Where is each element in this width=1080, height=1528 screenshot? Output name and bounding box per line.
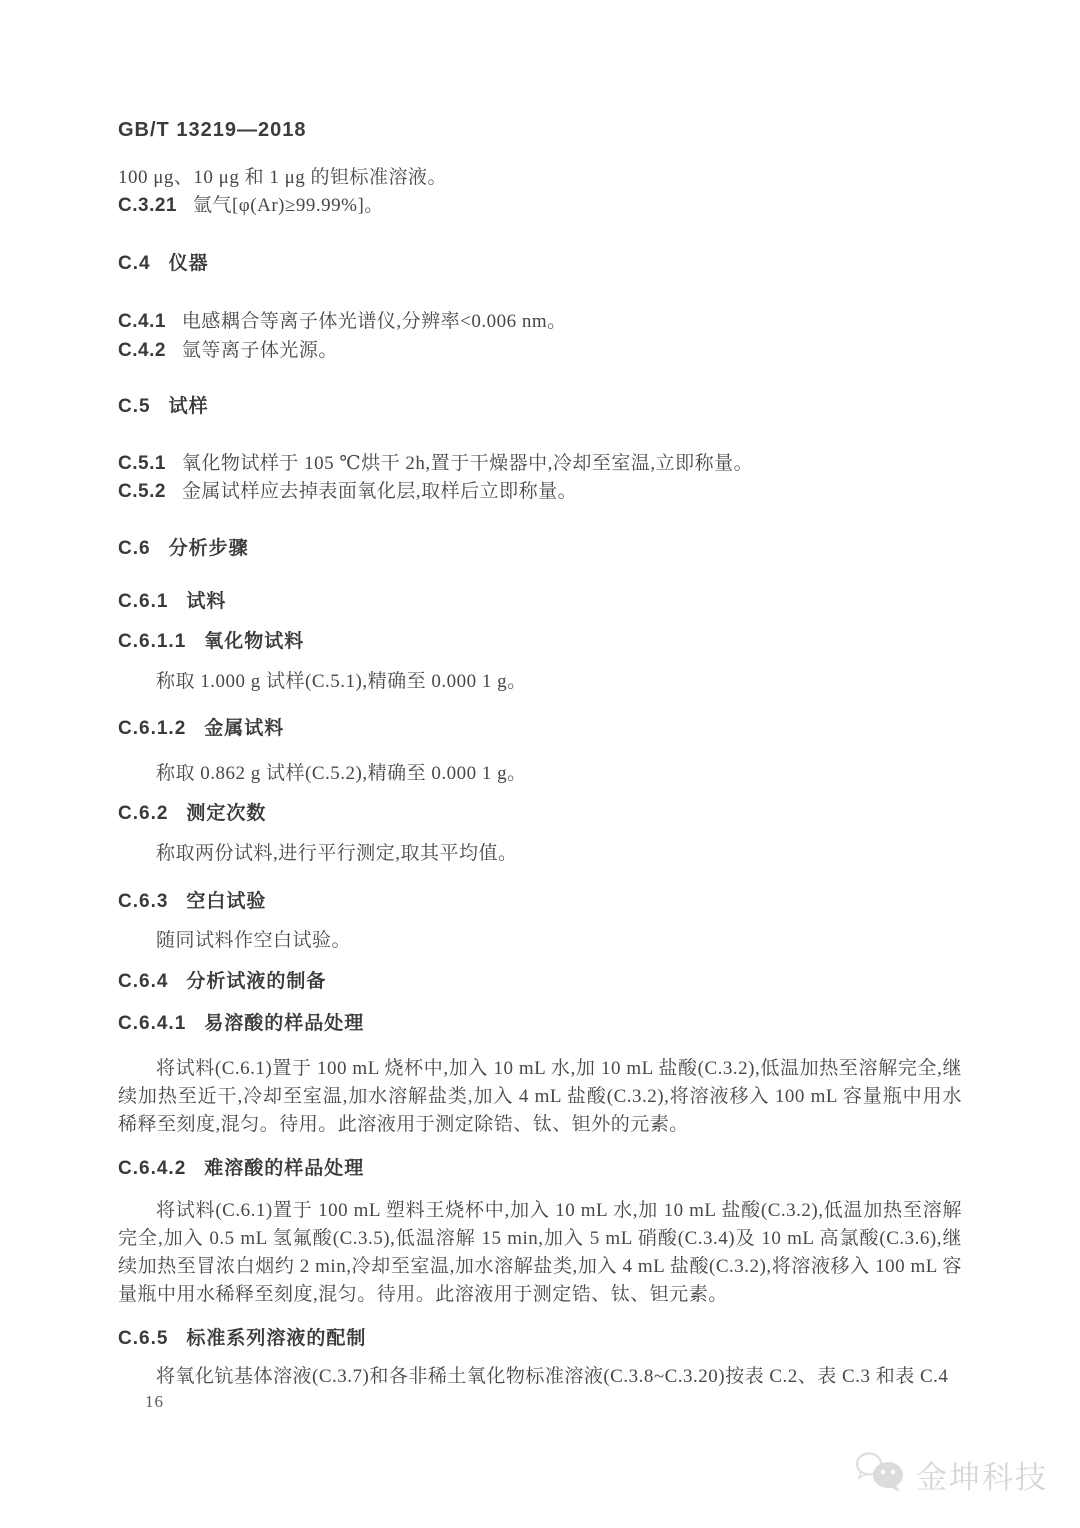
section-heading-c6-1-2: C.6.1.2金属试料 <box>118 715 962 743</box>
clause-c3-21: C.3.21氩气[φ(Ar)≥99.99%]。 <box>118 192 962 220</box>
heading-number: C.6 <box>118 538 151 559</box>
paragraph: 称取 1.000 g 试样(C.5.1),精确至 0.000 1 g。 <box>118 668 962 696</box>
clause-text: 电感耦合等离子体光谱仪,分辨率<0.006 nm。 <box>182 311 567 332</box>
heading-number: C.6.1 <box>118 591 168 612</box>
document-content: GB/T 13219—2018 100 μg、10 μg 和 1 μg 的钽标准… <box>0 0 1080 1391</box>
clause-text: 氧化物试样于 105 ℃烘干 2h,置于干燥器中,冷却至室温,立即称量。 <box>182 453 753 474</box>
heading-title: 氧化物试料 <box>204 631 304 652</box>
section-heading-c6-4-2: C.6.4.2难溶酸的样品处理 <box>118 1155 962 1183</box>
section-heading-c6-1: C.6.1试料 <box>118 588 962 616</box>
paragraph: 称取 0.862 g 试样(C.5.2),精确至 0.000 1 g。 <box>118 760 962 788</box>
paragraph: 将试料(C.6.1)置于 100 mL 塑料王烧杯中,加入 10 mL 水,加 … <box>118 1197 962 1309</box>
continuation-line: 100 μg、10 μg 和 1 μg 的钽标准溶液。 <box>118 164 962 192</box>
section-heading-c6: C.6分析步骤 <box>118 535 962 563</box>
paragraph: 将试料(C.6.1)置于 100 mL 烧杯中,加入 10 mL 水,加 10 … <box>118 1055 962 1139</box>
section-heading-c6-4: C.6.4分析试液的制备 <box>118 968 962 996</box>
heading-number: C.6.2 <box>118 803 168 824</box>
heading-number: C.4 <box>118 253 151 274</box>
section-heading-c4: C.4仪器 <box>118 250 962 278</box>
document-page: GB/T 13219—2018 100 μg、10 μg 和 1 μg 的钽标准… <box>0 0 1080 1528</box>
clause-number: C.4.1 <box>118 311 166 332</box>
section-heading-c6-5: C.6.5标准系列溶液的配制 <box>118 1325 962 1353</box>
heading-title: 试样 <box>169 396 209 417</box>
clause-number: C.3.21 <box>118 195 177 216</box>
heading-number: C.6.1.1 <box>118 631 186 652</box>
section-heading-c5: C.5试样 <box>118 393 962 421</box>
heading-number: C.6.3 <box>118 891 168 912</box>
heading-number: C.6.1.2 <box>118 718 186 739</box>
heading-title: 分析试液的制备 <box>186 971 326 992</box>
heading-number: C.6.5 <box>118 1328 168 1349</box>
watermark-text: 金坤科技 <box>916 1452 1048 1497</box>
heading-title: 测定次数 <box>186 803 266 824</box>
section-heading-c6-4-1: C.6.4.1易溶酸的样品处理 <box>118 1010 962 1038</box>
section-heading-c6-3: C.6.3空白试验 <box>118 888 962 916</box>
clause-number: C.5.1 <box>118 453 166 474</box>
heading-title: 试料 <box>186 591 226 612</box>
page-number: 16 <box>145 1392 164 1412</box>
standard-number-header: GB/T 13219—2018 <box>118 116 962 144</box>
heading-number: C.5 <box>118 396 151 417</box>
heading-title: 易溶酸的样品处理 <box>204 1013 364 1034</box>
heading-number: C.6.4.2 <box>118 1158 186 1179</box>
heading-number: C.6.4 <box>118 971 168 992</box>
clause-c4-2: C.4.2氩等离子体光源。 <box>118 337 962 365</box>
paragraph: 随同试料作空白试验。 <box>118 927 962 955</box>
clause-number: C.4.2 <box>118 340 166 361</box>
clause-number: C.5.2 <box>118 481 166 502</box>
watermark: 金坤科技 <box>854 1448 1048 1501</box>
heading-title: 空白试验 <box>186 891 266 912</box>
clause-text: 氩气[φ(Ar)≥99.99%]。 <box>193 195 384 216</box>
heading-title: 标准系列溶液的配制 <box>186 1328 366 1349</box>
heading-title: 金属试料 <box>204 718 284 739</box>
clause-text: 金属试样应去掉表面氧化层,取样后立即称量。 <box>182 481 577 502</box>
heading-title: 难溶酸的样品处理 <box>204 1158 364 1179</box>
clause-c4-1: C.4.1电感耦合等离子体光谱仪,分辨率<0.006 nm。 <box>118 308 962 336</box>
clause-c5-1: C.5.1氧化物试样于 105 ℃烘干 2h,置于干燥器中,冷却至室温,立即称量… <box>118 450 962 478</box>
section-heading-c6-1-1: C.6.1.1氧化物试料 <box>118 628 962 656</box>
paragraph: 称取两份试料,进行平行测定,取其平均值。 <box>118 840 962 868</box>
clause-c5-2: C.5.2金属试样应去掉表面氧化层,取样后立即称量。 <box>118 478 962 506</box>
heading-title: 仪器 <box>169 253 209 274</box>
clause-text: 氩等离子体光源。 <box>182 340 338 361</box>
section-heading-c6-2: C.6.2测定次数 <box>118 800 962 828</box>
chat-bubbles-icon <box>854 1448 910 1501</box>
heading-title: 分析步骤 <box>169 538 249 559</box>
paragraph: 将氧化钪基体溶液(C.3.7)和各非稀土氧化物标准溶液(C.3.8~C.3.20… <box>118 1363 962 1391</box>
heading-number: C.6.4.1 <box>118 1013 186 1034</box>
